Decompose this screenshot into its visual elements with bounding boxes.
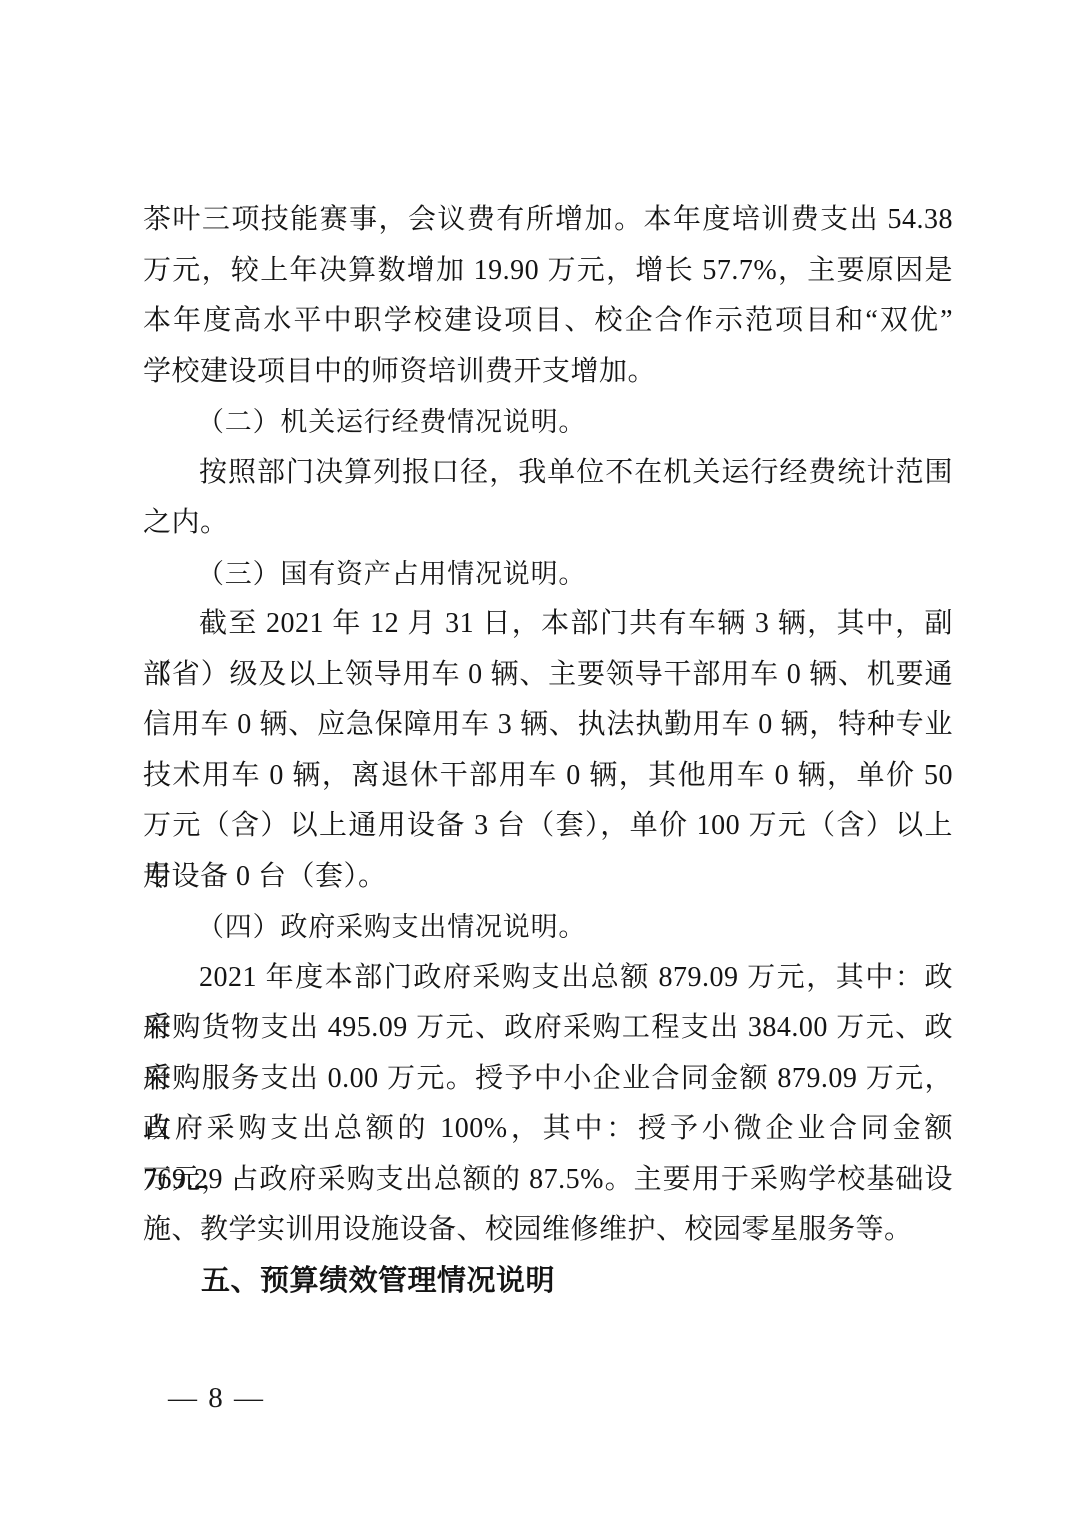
- body-line: 茶叶三项技能赛事，会议费有所增加。本年度培训费支出 54.38: [143, 195, 953, 246]
- section-heading: 五、预算绩效管理情况说明: [143, 1256, 953, 1307]
- body-line: 万元，占政府采购支出总额的 87.5%。主要用于采购学校基础设: [143, 1155, 953, 1206]
- body-line: 施、教学实训用设施设备、校园维修维护、校园零星服务等。: [143, 1205, 953, 1256]
- page-number: — 8 —: [168, 1382, 265, 1415]
- body-line: 按照部门决算列报口径，我单位不在机关运行经费统计范围: [143, 448, 953, 499]
- body-line: 万元，较上年决算数增加 19.90 万元，增长 57.7%，主要原因是: [143, 246, 953, 297]
- body-line: 2021 年度本部门政府采购支出总额 879.09 万元，其中：政府: [143, 953, 953, 1004]
- body-line: 技术用车 0 辆，离退休干部用车 0 辆，其他用车 0 辆，单价 50: [143, 751, 953, 802]
- subsection-heading: （三）国有资产占用情况说明。: [143, 549, 953, 600]
- text-block: 茶叶三项技能赛事，会议费有所增加。本年度培训费支出 54.38 万元，较上年决算…: [143, 195, 953, 1306]
- document-page: 茶叶三项技能赛事，会议费有所增加。本年度培训费支出 54.38 万元，较上年决算…: [0, 0, 1074, 1520]
- body-line: 用设备 0 台（套）。: [143, 852, 953, 903]
- body-line: 之内。: [143, 498, 953, 549]
- body-line: 截至 2021 年 12 月 31 日，本部门共有车辆 3 辆，其中，副部: [143, 599, 953, 650]
- body-line: 万元（含）以上通用设备 3 台（套），单价 100 万元（含）以上专: [143, 801, 953, 852]
- body-line: 采购服务支出 0.00 万元。授予中小企业合同金额 879.09 万元，占: [143, 1054, 953, 1105]
- body-line: 本年度高水平中职学校建设项目、校企合作示范项目和“双优”: [143, 296, 953, 347]
- subsection-heading: （四）政府采购支出情况说明。: [143, 902, 953, 953]
- subsection-heading: （二）机关运行经费情况说明。: [143, 397, 953, 448]
- body-line: 政府采购支出总额的 100%，其中：授予小微企业合同金额 769.29: [143, 1104, 953, 1155]
- body-line: 采购货物支出 495.09 万元、政府采购工程支出 384.00 万元、政府: [143, 1003, 953, 1054]
- body-line: 学校建设项目中的师资培训费开支增加。: [143, 347, 953, 398]
- body-line: （省）级及以上领导用车 0 辆、主要领导干部用车 0 辆、机要通: [143, 650, 953, 701]
- body-line: 信用车 0 辆、应急保障用车 3 辆、执法执勤用车 0 辆，特种专业: [143, 700, 953, 751]
